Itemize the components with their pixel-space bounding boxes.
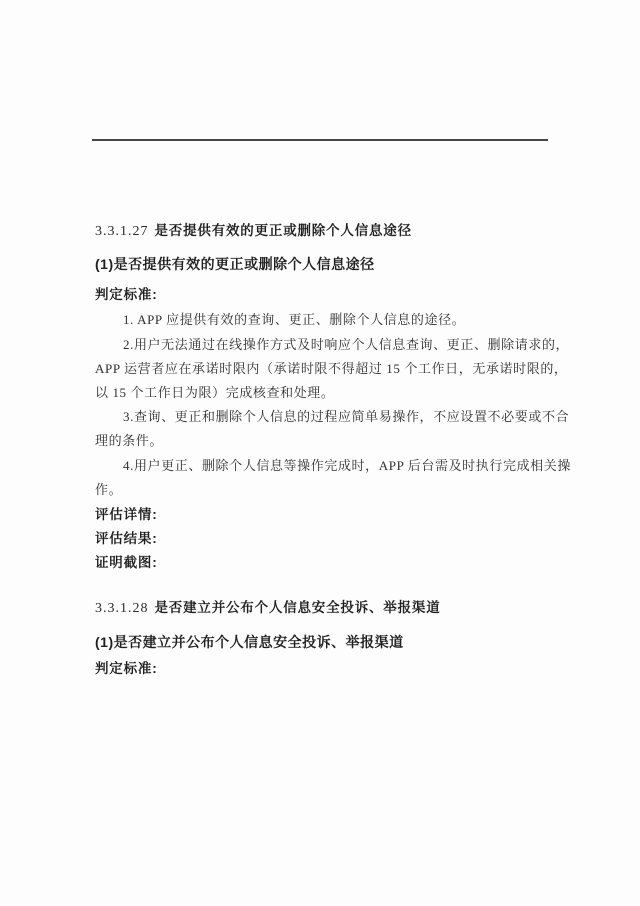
criteria-line: 2.用户无法通过在线操作方式及时响应个人信息查询、更正、删除请求的， bbox=[123, 336, 603, 353]
header-separator-line bbox=[92, 139, 548, 141]
eval-detail-label: 评估详情: bbox=[95, 506, 575, 523]
section-heading-1: 3.3.1.27是否提供有效的更正或删除个人信息途径 bbox=[95, 222, 575, 240]
criteria-line: APP 运营者应在承诺时限内（承诺时限不得超过 15 个工作日，无承诺时限的， bbox=[95, 360, 575, 377]
subsection-heading-2: (1)是否建立并公布个人信息安全投诉、举报渠道 bbox=[95, 634, 575, 651]
criteria-line: 以 15 个工作日为限）完成核查和处理。 bbox=[95, 384, 575, 401]
section-number-1: 3.3.1.27 bbox=[95, 224, 149, 239]
section-title-2: 是否建立并公布个人信息安全投诉、举报渠道 bbox=[155, 600, 441, 615]
criteria-line: 1. APP 应提供有效的查询、更正、删除个人信息的途径。 bbox=[123, 311, 603, 328]
eval-result-label: 评估结果: bbox=[95, 530, 575, 547]
criteria-line: 作。 bbox=[95, 481, 575, 498]
section-number-2: 3.3.1.28 bbox=[95, 601, 149, 616]
screenshot-label: 证明截图: bbox=[95, 554, 575, 571]
section-title-1: 是否提供有效的更正或删除个人信息途径 bbox=[155, 223, 412, 238]
criteria-label-2: 判定标准: bbox=[95, 660, 575, 677]
criteria-line: 3.查询、更正和删除个人信息的过程应简单易操作，不应设置不必要或不合 bbox=[123, 408, 603, 425]
criteria-line: 理的条件。 bbox=[95, 432, 575, 449]
subsection-heading-1: (1)是否提供有效的更正或删除个人信息途径 bbox=[95, 256, 575, 273]
criteria-label-1: 判定标准: bbox=[95, 286, 575, 303]
criteria-line: 4.用户更正、删除个人信息等操作完成时，APP 后台需及时执行完成相关操 bbox=[123, 457, 603, 474]
section-heading-2: 3.3.1.28是否建立并公布个人信息安全投诉、举报渠道 bbox=[95, 599, 575, 617]
document-page: 3.3.1.27是否提供有效的更正或删除个人信息途径 (1)是否提供有效的更正或… bbox=[0, 0, 640, 906]
